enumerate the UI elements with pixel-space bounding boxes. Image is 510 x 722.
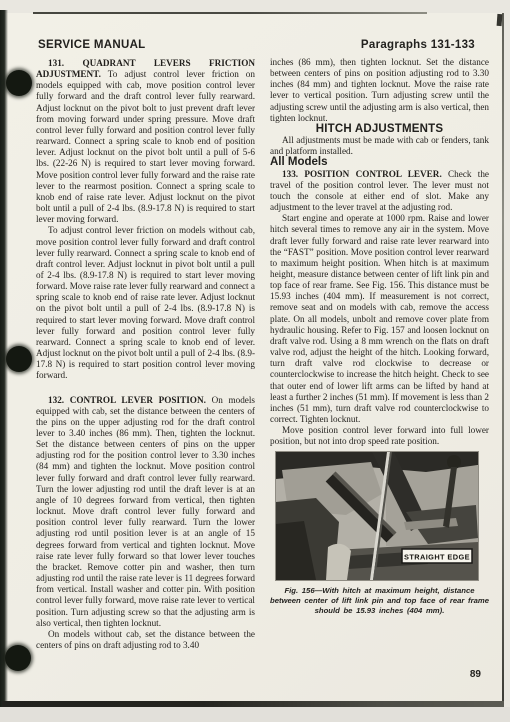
figure-caption: Fig. 156—With hitch at maximum height, d… xyxy=(270,586,489,615)
hitch-adjustments-heading: HITCH ADJUSTMENTS xyxy=(270,124,489,135)
hitch-photo: STRAIGHT EDGE xyxy=(276,452,478,580)
paragraph-131: 131. QUADRANT LEVERS FRICTION ADJUSTMENT… xyxy=(36,58,255,225)
header-service-manual: SERVICE MANUAL xyxy=(38,39,146,51)
paragraph-133-start-engine: Start engine and operate at 1000 rpm. Ra… xyxy=(270,213,489,425)
binding-hole-top xyxy=(6,70,32,96)
hitch-intro-paragraph: All adjustments must be made with cab or… xyxy=(270,135,489,157)
paragraph-133: 133. POSITION CONTROL LEVER. Check the t… xyxy=(270,169,489,214)
paragraph-131-no-cab: To adjust control lever friction on mode… xyxy=(36,225,255,381)
section-132-lead: 132. CONTROL LEVER POSITION. xyxy=(48,395,206,405)
binding-hole-bottom xyxy=(5,645,31,671)
paragraph-132: 132. CONTROL LEVER POSITION. On models e… xyxy=(36,395,255,629)
paragraph-133-move-position: Move position control lever forward into… xyxy=(270,425,489,447)
manual-page: SERVICE MANUAL Paragraphs 131-133 131. Q… xyxy=(3,13,504,706)
figure-156: STRAIGHT EDGE Fig. 156—With hitch at max… xyxy=(270,452,489,615)
all-models-heading: All Models xyxy=(270,157,489,168)
page-edge-top xyxy=(33,12,427,14)
page-edge-corner-mark xyxy=(497,14,503,26)
straight-edge-label: STRAIGHT EDGE xyxy=(404,553,470,562)
page-edge-right xyxy=(502,13,504,705)
header-paragraph-range: Paragraphs 131-133 xyxy=(361,39,475,51)
section-133-lead: 133. POSITION CONTROL LEVER. xyxy=(282,169,442,179)
right-column: inches (86 mm), then tighten locknut. Se… xyxy=(270,57,489,615)
left-column: 131. QUADRANT LEVERS FRICTION ADJUSTMENT… xyxy=(36,58,255,651)
section-131-body: To adjust control lever friction on mode… xyxy=(36,69,255,224)
page-number: 89 xyxy=(470,669,481,680)
scan-margin-bottom xyxy=(0,707,510,722)
paragraph-132-continued: On models without cab, set the distance … xyxy=(36,629,255,651)
binding-hole-middle xyxy=(6,346,32,372)
paragraph-132-continuation: inches (86 mm), then tighten locknut. Se… xyxy=(270,57,489,124)
section-132-body: On models equipped with cab, set the dis… xyxy=(36,395,255,628)
